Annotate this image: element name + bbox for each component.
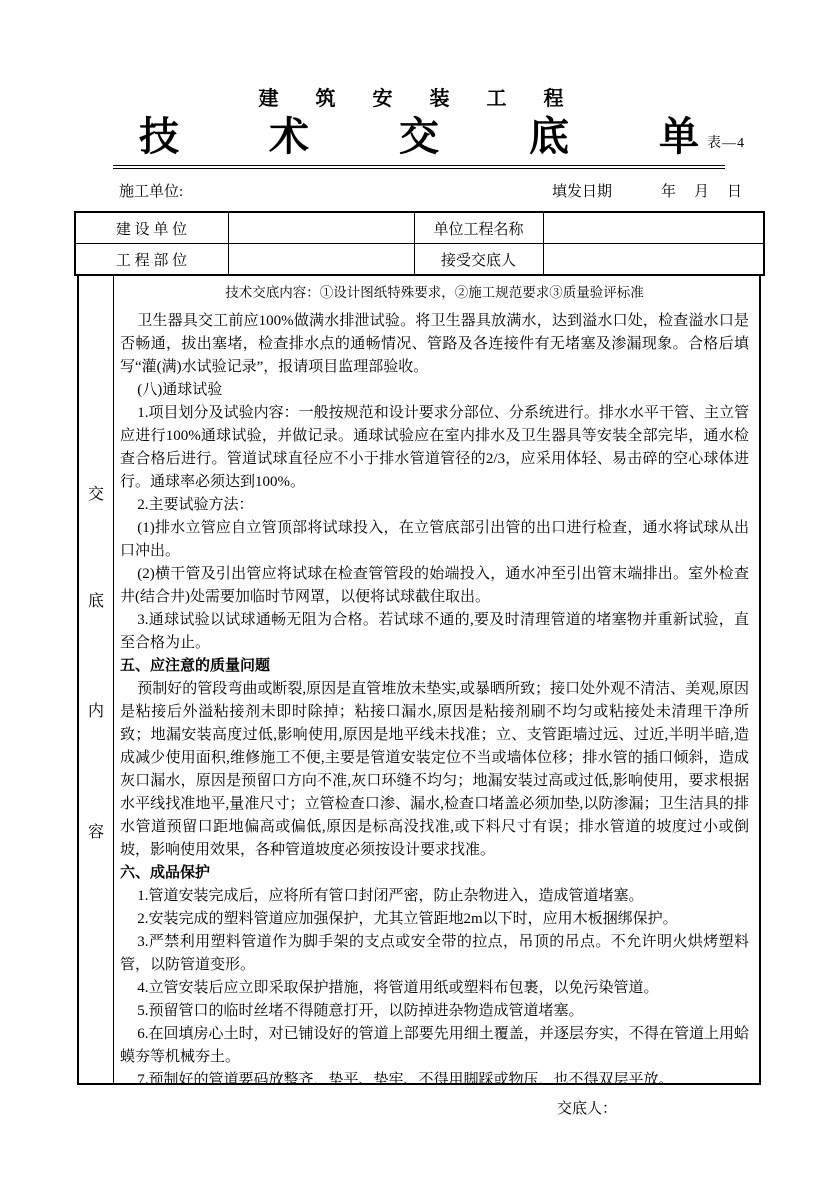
content-paragraph: (八)通球试验: [120, 379, 749, 402]
content-paragraph: 1.管道安装完成后，应将所有管口封闭严密，防止杂物进入，造成管道堵塞。: [120, 885, 749, 908]
content-paragraph: 2.安装完成的塑料管道应加强保护，尤其立管距地2m以下时，应用木板捆绑保护。: [120, 908, 749, 931]
table-row: 建 设 单 位 单位工程名称: [75, 212, 764, 244]
construction-org-label-cell: 建 设 单 位: [75, 212, 229, 244]
construction-org-value-cell: [228, 212, 414, 244]
content-paragraph: (2)横干管及引出管应将试球在检查管管段的始端投入，通水冲至引出管末端排出。室外…: [120, 563, 749, 609]
month-label: 月: [694, 181, 709, 203]
content-paragraph: 6.在回填房心土时，对已铺设好的管道上部要先用细土覆盖，并逐层夯实，不得在管道上…: [120, 1023, 749, 1069]
document-title: 技 术 交 底 单: [139, 114, 739, 159]
construction-unit-label: 施工单位:: [119, 181, 183, 203]
content-paragraph: (1)排水立管应自立管顶部将试球投入，在立管底部引出管的出口进行检查，通水将试球…: [120, 517, 749, 563]
section-heading-product-protection: 六、成品保护: [120, 862, 749, 885]
table-row: 工 程 部 位 接受交底人: [75, 244, 764, 276]
day-label: 日: [727, 181, 742, 203]
unit-project-name-value-cell: [543, 212, 764, 244]
content-paragraph: 1.项目划分及试验内容：一般按规范和设计要求分部位、分系统进行。排水水平干管、主…: [120, 402, 749, 494]
footer-row: 交底人：: [77, 1097, 761, 1119]
section-heading-quality-issues: 五、应注意的质量问题: [120, 655, 749, 678]
document-page: 建 筑 安 装 工 程 技 术 交 底 单 表—4 施工单位: 填发日期 年 月…: [0, 0, 838, 1186]
side-label-char: 交: [79, 481, 113, 504]
content-paragraph: 5.预留管口的临时丝堵不得随意打开，以防掉进杂物造成管道堵塞。: [120, 1000, 749, 1023]
project-part-value-cell: [228, 244, 414, 276]
unit-project-name-label-cell: 单位工程名称: [414, 212, 543, 244]
side-label-char: 底: [79, 588, 113, 611]
form-number: 表—4: [707, 132, 745, 152]
content-paragraph: 预制好的管段弯曲或断裂,原因是直管堆放未垫实,或暴晒所致；接口处外观不清洁、美观…: [120, 678, 749, 862]
meta-row: 施工单位: 填发日期 年 月 日: [77, 181, 761, 203]
handover-person-label: 交底人：: [557, 1097, 617, 1118]
content-header-note: 技术交底内容：①设计图纸特殊要求，②施工规范要求③质量验评标准: [120, 278, 749, 310]
content-cell: 技术交底内容：①设计图纸特殊要求，②施工规范要求③质量验评标准 卫生器具交工前应…: [114, 276, 759, 1083]
year-label: 年: [661, 181, 676, 203]
project-part-label-cell: 工 程 部 位: [75, 244, 229, 276]
side-label-char: 内: [79, 698, 113, 721]
content-paragraph: 4.立管安装后应立即采取保护措施，将管道用纸或塑料布包裹，以免污染管道。: [120, 977, 749, 1000]
content-paragraph: 3.严禁利用塑料管道作为脚手架的支点或安全带的拉点，吊顶的吊点。不允许明火烘烤塑…: [120, 931, 749, 977]
info-table: 建 设 单 位 单位工程名称 工 程 部 位 接受交底人: [74, 211, 765, 276]
side-label-column: 交 底 内 容: [79, 276, 114, 1083]
fill-date-label: 填发日期: [552, 181, 612, 203]
receiver-label-cell: 接受交底人: [414, 244, 543, 276]
receiver-value-cell: [543, 244, 764, 276]
side-label-char: 容: [79, 819, 113, 842]
title-underline: 技 术 交 底 单: [113, 114, 725, 169]
content-paragraph: 卫生器具交工前应100%做满水排泄试验。将卫生器具放满水，达到溢水口处，检查溢水…: [120, 310, 749, 379]
content-table: 交 底 内 容 技术交底内容：①设计图纸特殊要求，②施工规范要求③质量验评标准 …: [77, 276, 761, 1085]
document-subtitle: 建 筑 安 装 工 程: [0, 86, 838, 112]
content-paragraph: 7.预制好的管道要码放整齐，垫平、垫牢、不得用脚踩或物压，也不得双层平放。: [120, 1069, 749, 1083]
content-paragraph: 3.通球试验以试球通畅无阻为合格。若试球不通的,要及时清理管道的堵塞物并重新试验…: [120, 609, 749, 655]
content-paragraph: 2.主要试验方法：: [120, 494, 749, 517]
